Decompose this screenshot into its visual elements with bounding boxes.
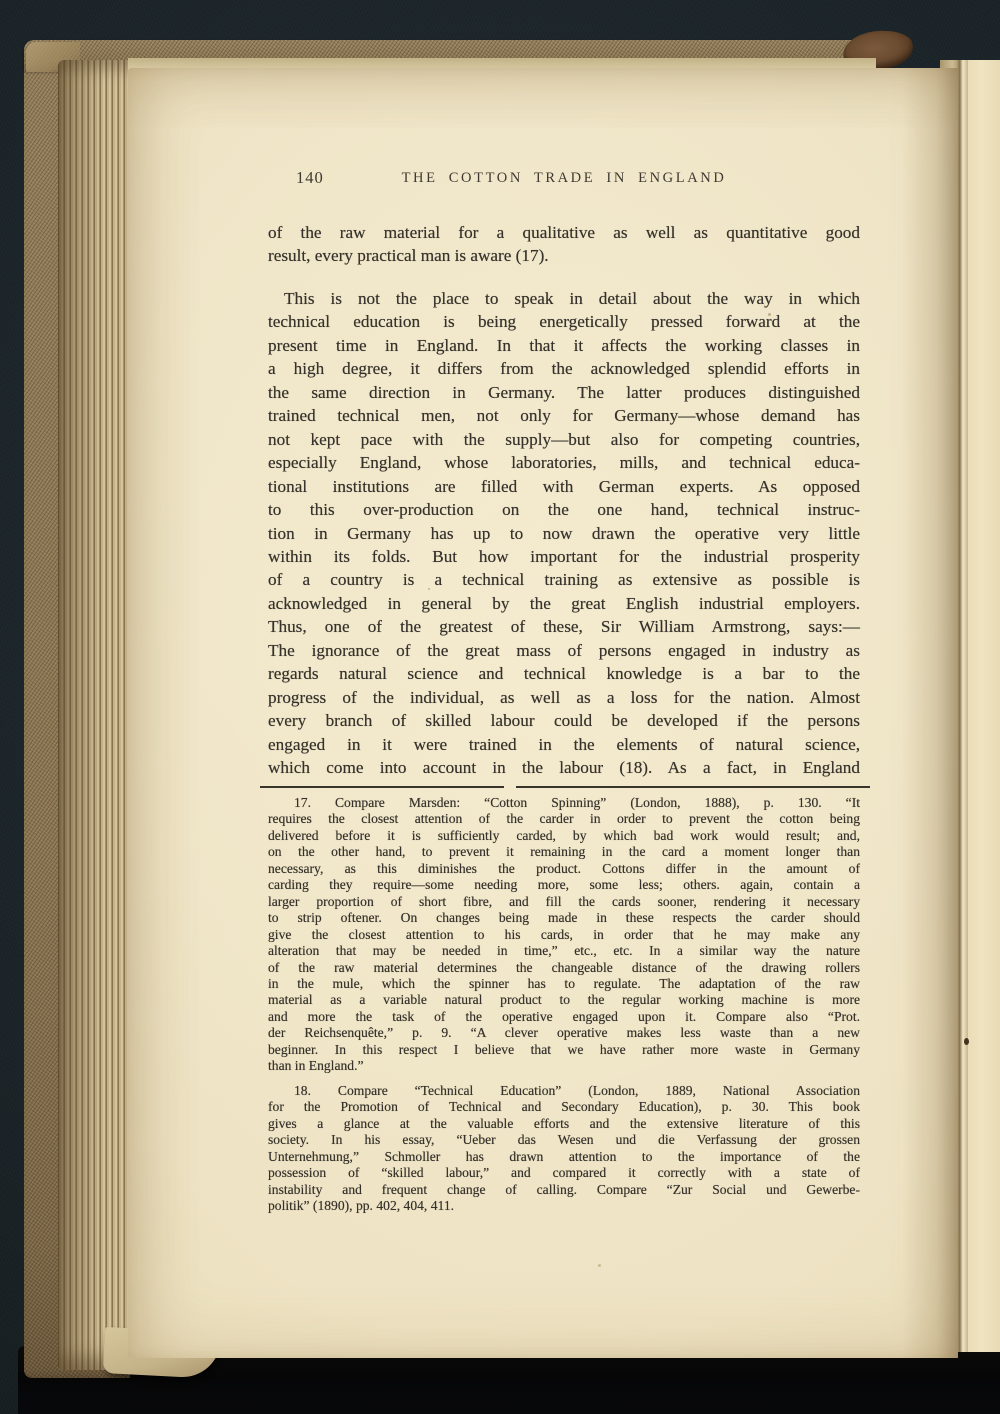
text-line: to strip oftener. On changes being made … — [268, 910, 860, 926]
text-line: than in England.” — [268, 1058, 860, 1074]
text-line: acknowledged in general by the great Eng… — [268, 592, 860, 615]
text-line: not kept pace with the supply—but also f… — [268, 428, 860, 451]
text-line: of the raw material for a qualitative as… — [268, 221, 860, 244]
page-speck — [598, 1264, 601, 1267]
scanned-book: 140 THE COTTON TRADE IN ENGLAND of the r… — [0, 0, 1000, 1414]
text-line: every branch of skilled labour could be … — [268, 709, 860, 732]
text-line: requires the closest attention of the ca… — [268, 811, 860, 827]
footnote-separator-left — [260, 786, 504, 788]
text-line: 17. Compare Marsden: “Cotton Spinning” (… — [268, 795, 860, 811]
text-line: necessary, as this diminishes the produc… — [268, 861, 860, 877]
text-line: tional institutions are filled with Germ… — [268, 475, 860, 498]
text-line: 18. Compare “Technical Education” (Londo… — [268, 1083, 860, 1099]
text-line: on the other hand, to prevent it remaini… — [268, 844, 860, 860]
text-line: give the closest attention to his cards,… — [268, 927, 860, 943]
photo-background: 140 THE COTTON TRADE IN ENGLAND of the r… — [0, 0, 1000, 1414]
paragraph-continuation: of the raw material for a qualitative as… — [268, 221, 860, 268]
text-line: which come into account in the labour (1… — [268, 756, 860, 779]
page-speck — [964, 1038, 969, 1045]
text-line: progress of the individual, as well as a… — [268, 686, 860, 709]
text-line: for the Promotion of Technical and Secon… — [268, 1099, 860, 1115]
footnote-separator-right — [516, 786, 870, 788]
text-line: delivered before it is sufficiently card… — [268, 828, 860, 844]
text-line: regards natural science and technical kn… — [268, 662, 860, 685]
text-line: politik” (1890), pp. 402, 404, 411. — [268, 1198, 860, 1214]
text-line: and more the task of the operative engag… — [268, 1009, 860, 1025]
page-header: 140 THE COTTON TRADE IN ENGLAND — [268, 168, 860, 192]
book-page: 140 THE COTTON TRADE IN ENGLAND of the r… — [128, 68, 958, 1358]
page-speck — [768, 313, 771, 316]
text-line: in the mule, which the spinner has to re… — [268, 976, 860, 992]
text-line: especially England, whose laboratories, … — [268, 451, 860, 474]
text-line: possession of “skilled labour,” and comp… — [268, 1165, 860, 1181]
footnote-17: 17. Compare Marsden: “Cotton Spinning” (… — [268, 795, 860, 1075]
text-line: present time in England. In that it affe… — [268, 334, 860, 357]
text-line: of a country is a technical training as … — [268, 568, 860, 591]
text-line: to this over-production on the one hand,… — [268, 498, 860, 521]
text-line: The ignorance of the great mass of perso… — [268, 639, 860, 662]
text-line: instability and frequent change of calli… — [268, 1182, 860, 1198]
text-line: This is not the place to speak in detail… — [268, 287, 860, 310]
text-line: technical education is being energetical… — [268, 310, 860, 333]
text-line: gives a glance at the valuable efforts a… — [268, 1116, 860, 1132]
text-line: der Reichsenquête,” p. 9. “A clever oper… — [268, 1025, 860, 1041]
text-line: engaged in it were trained in the elemen… — [268, 733, 860, 756]
running-header: THE COTTON TRADE IN ENGLAND — [268, 170, 860, 187]
footnote-18: 18. Compare “Technical Education” (Londo… — [268, 1083, 860, 1215]
text-line: beginner. In this respect I believe that… — [268, 1042, 860, 1058]
text-line: society. In his essay, “Ueber das Wesen … — [268, 1132, 860, 1148]
text-line: within its folds. But how important for … — [268, 545, 860, 568]
text-line: the same direction in Germany. The latte… — [268, 381, 860, 404]
paragraph-main: This is not the place to speak in detail… — [268, 287, 860, 780]
page-speck — [428, 588, 430, 590]
text-line: carding they require—some needing more, … — [268, 877, 860, 893]
text-line: of the raw material determines the chang… — [268, 960, 860, 976]
text-line: Thus, one of the greatest of these, Sir … — [268, 615, 860, 638]
text-line: a high degree, it differs from the ackno… — [268, 357, 860, 380]
footnote-separator — [260, 786, 870, 788]
text-line: larger proportion of short fibre, and fi… — [268, 894, 860, 910]
text-line: alteration that may be needed in time,” … — [268, 943, 860, 959]
text-line: trained technical men, not only for Germ… — [268, 404, 860, 427]
text-line: result, every practical man is aware (17… — [268, 244, 860, 267]
text-line: Unternehmung,” Schmoller has drawn atten… — [268, 1149, 860, 1165]
text-line: material as a variable natural product t… — [268, 992, 860, 1008]
text-line: tion in Germany has up to now drawn the … — [268, 522, 860, 545]
